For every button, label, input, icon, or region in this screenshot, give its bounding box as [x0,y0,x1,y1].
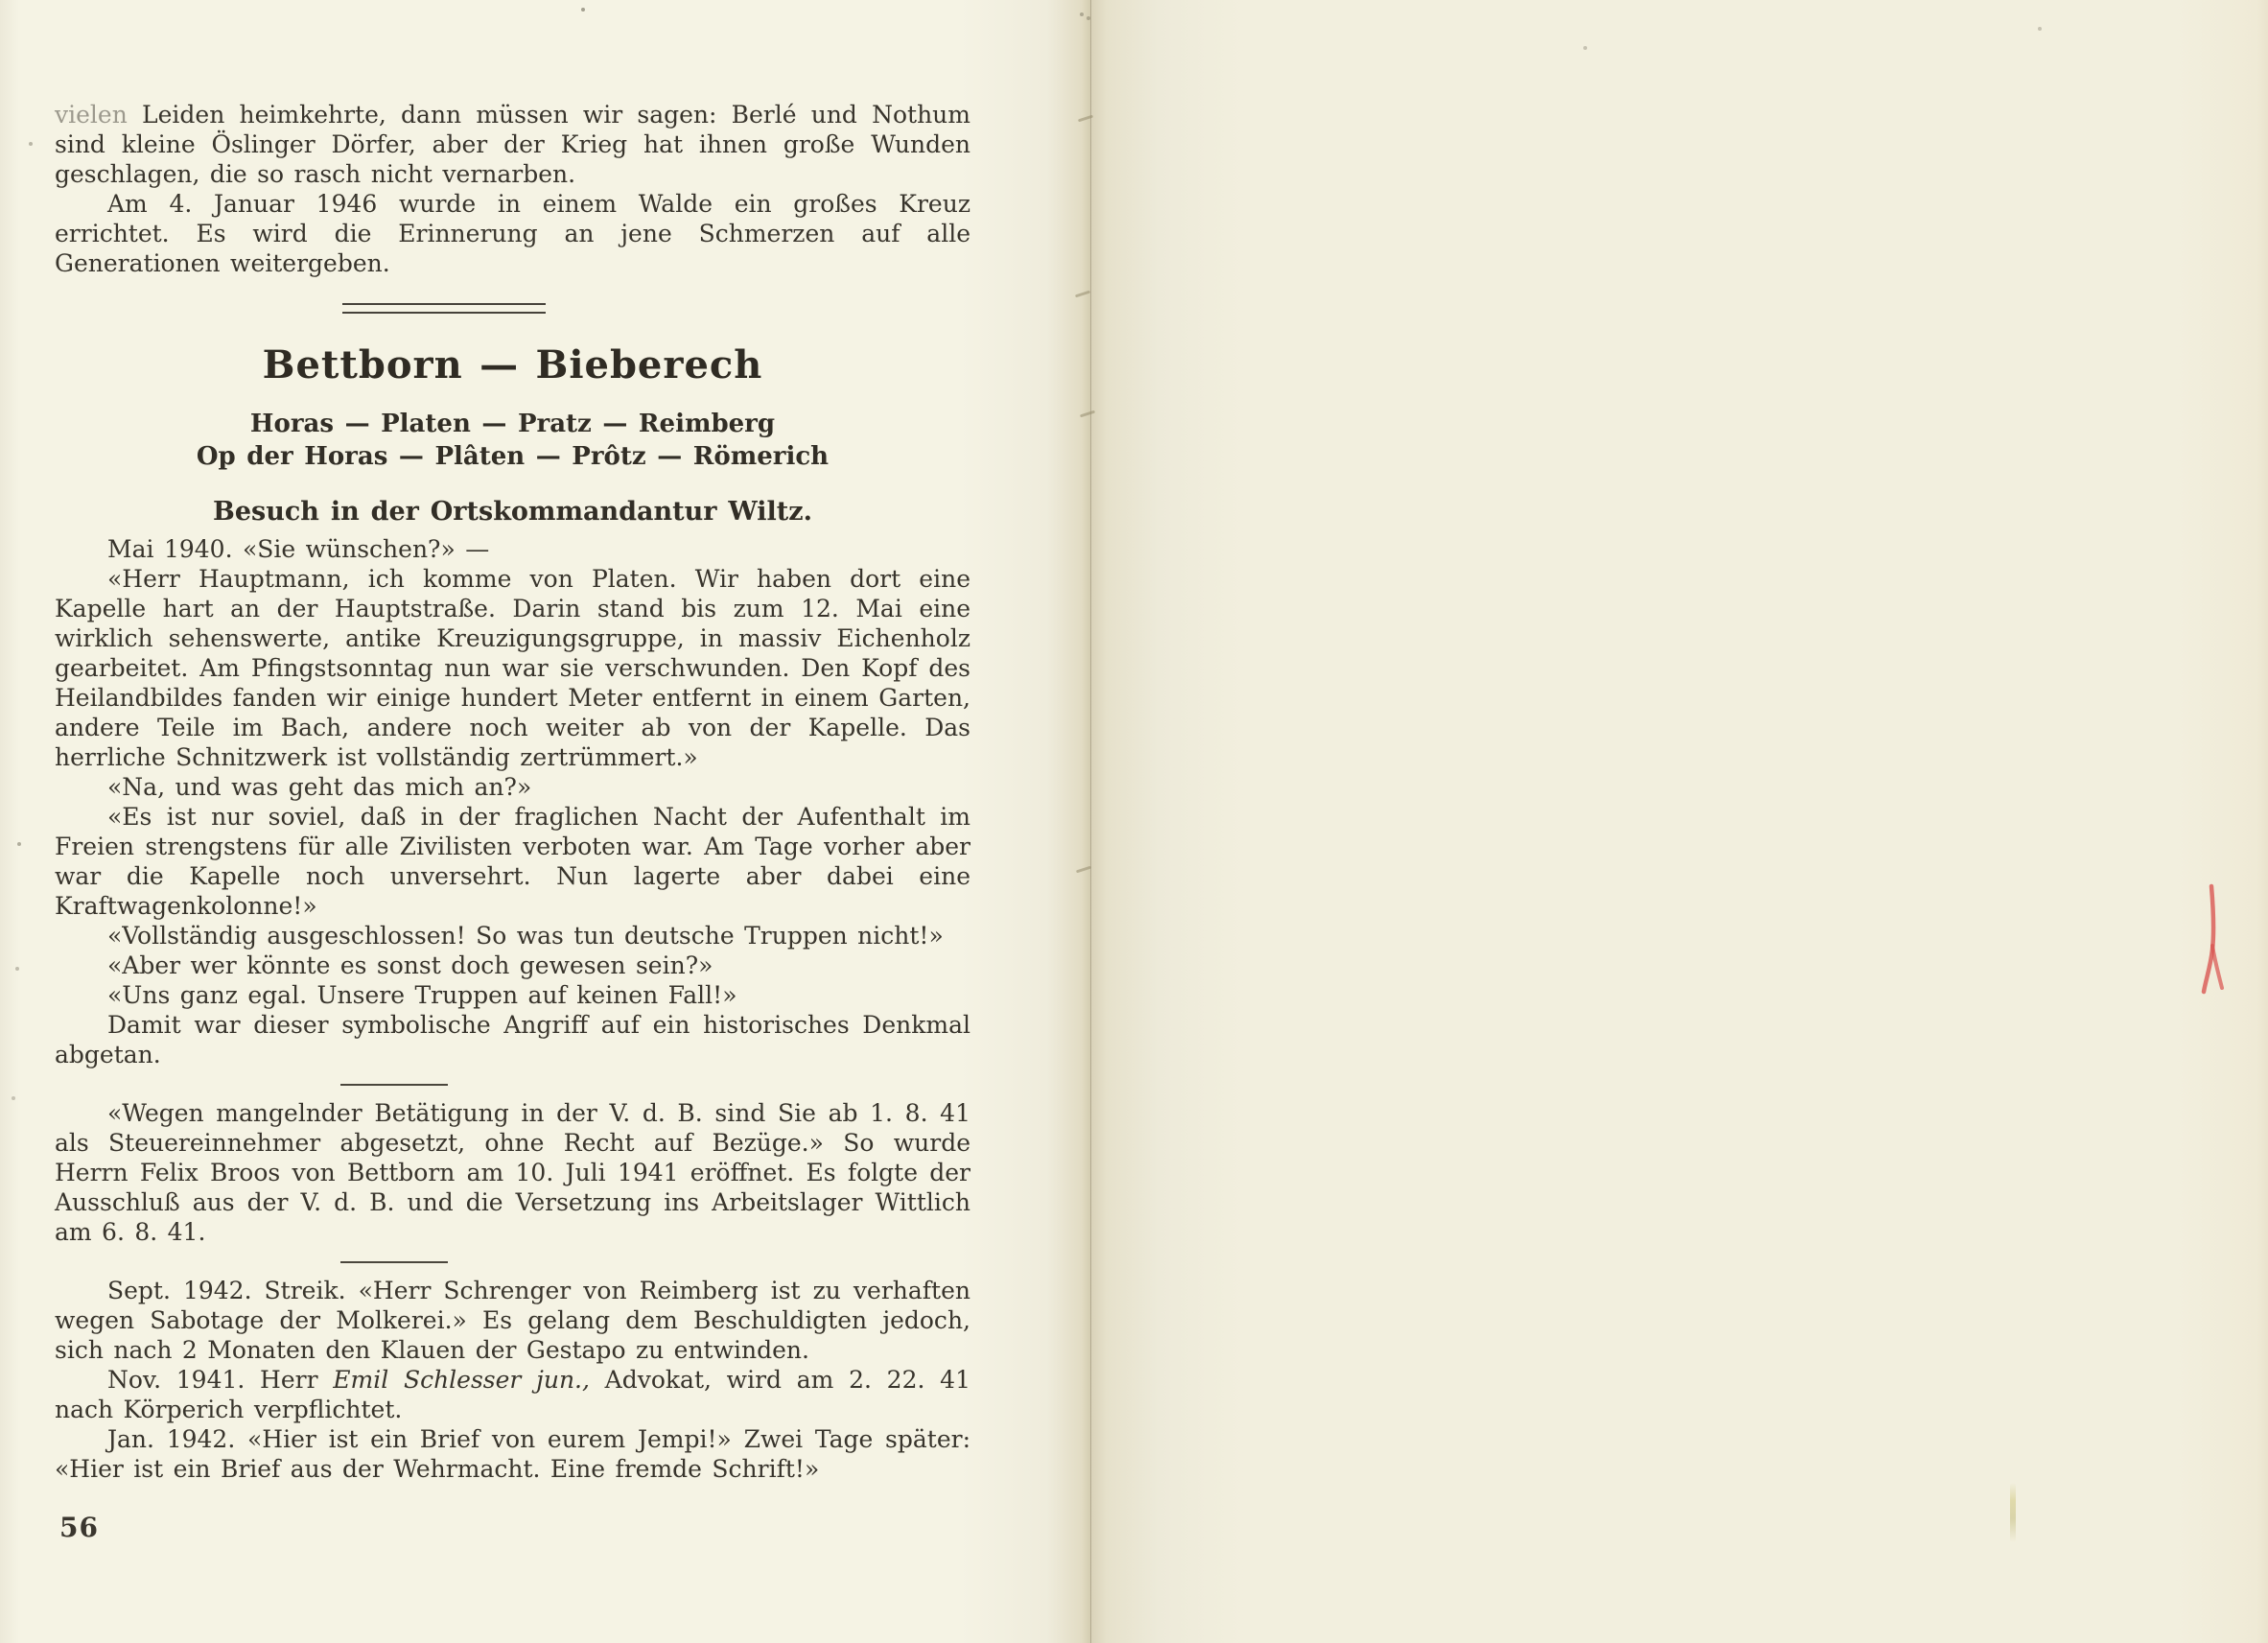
page-number-left: 56 [59,1512,99,1543]
paragraph: «Wegen mangelnder Betätigung in der V. d… [55,1098,970,1247]
section-subtitle-dialect: Op der Horas — Plâten — Prôtz — Römerich [55,440,970,473]
book-scan: vielen Leiden heimkehrte, dann müssen wi… [0,0,2268,1643]
double-section-rule [342,303,546,314]
left-page-text-column: vielen Leiden heimkehrte, dann müssen wi… [55,100,970,1484]
left-page: vielen Leiden heimkehrte, dann müssen wi… [0,0,1090,1643]
paragraph: Nov. 1941. Herr Emil Schlesser jun., Adv… [55,1365,970,1424]
paper-smudge [2010,1483,2016,1542]
paper-speck [581,8,585,12]
section-subheading: Besuch in der Ortskommandantur Wiltz. [55,496,970,528]
paragraph: «Na, und was geht das mich an?» [55,772,970,802]
paragraph: Damit war dieser symbolische Angriff auf… [55,1010,970,1069]
red-pen-mark [2200,882,2229,999]
right-page: Zitternde Hände öffnen die Hülle. «Mein … [1090,0,2268,1643]
paragraph: «Vollständig ausgeschlossen! So was tun … [55,921,970,951]
paragraph: Am 4. Januar 1946 wurde in einem Walde e… [55,189,970,278]
paragraph: «Aber wer könnte es sonst doch gewesen s… [55,951,970,980]
section-title: Bettborn — Bieberech [55,342,970,388]
section-divider-rule [340,1084,448,1086]
section-subtitle: Horas — Platen — Pratz — Reimberg [55,408,970,440]
paragraph: «Herr Hauptmann, ich komme von Platen. W… [55,564,970,772]
paragraph: «Uns ganz egal. Unsere Truppen auf keine… [55,980,970,1010]
paragraph: vielen Leiden heimkehrte, dann müssen wi… [55,100,970,189]
paragraph: Sept. 1942. Streik. «Herr Schrenger von … [55,1276,970,1365]
paragraph: Jan. 1942. «Hier ist ein Brief von eurem… [55,1424,970,1484]
paragraph: Mai 1940. «Sie wünschen?» — [55,534,970,564]
paragraph: «Es ist nur soviel, daß in der fragliche… [55,802,970,921]
section-divider-rule [340,1261,448,1263]
